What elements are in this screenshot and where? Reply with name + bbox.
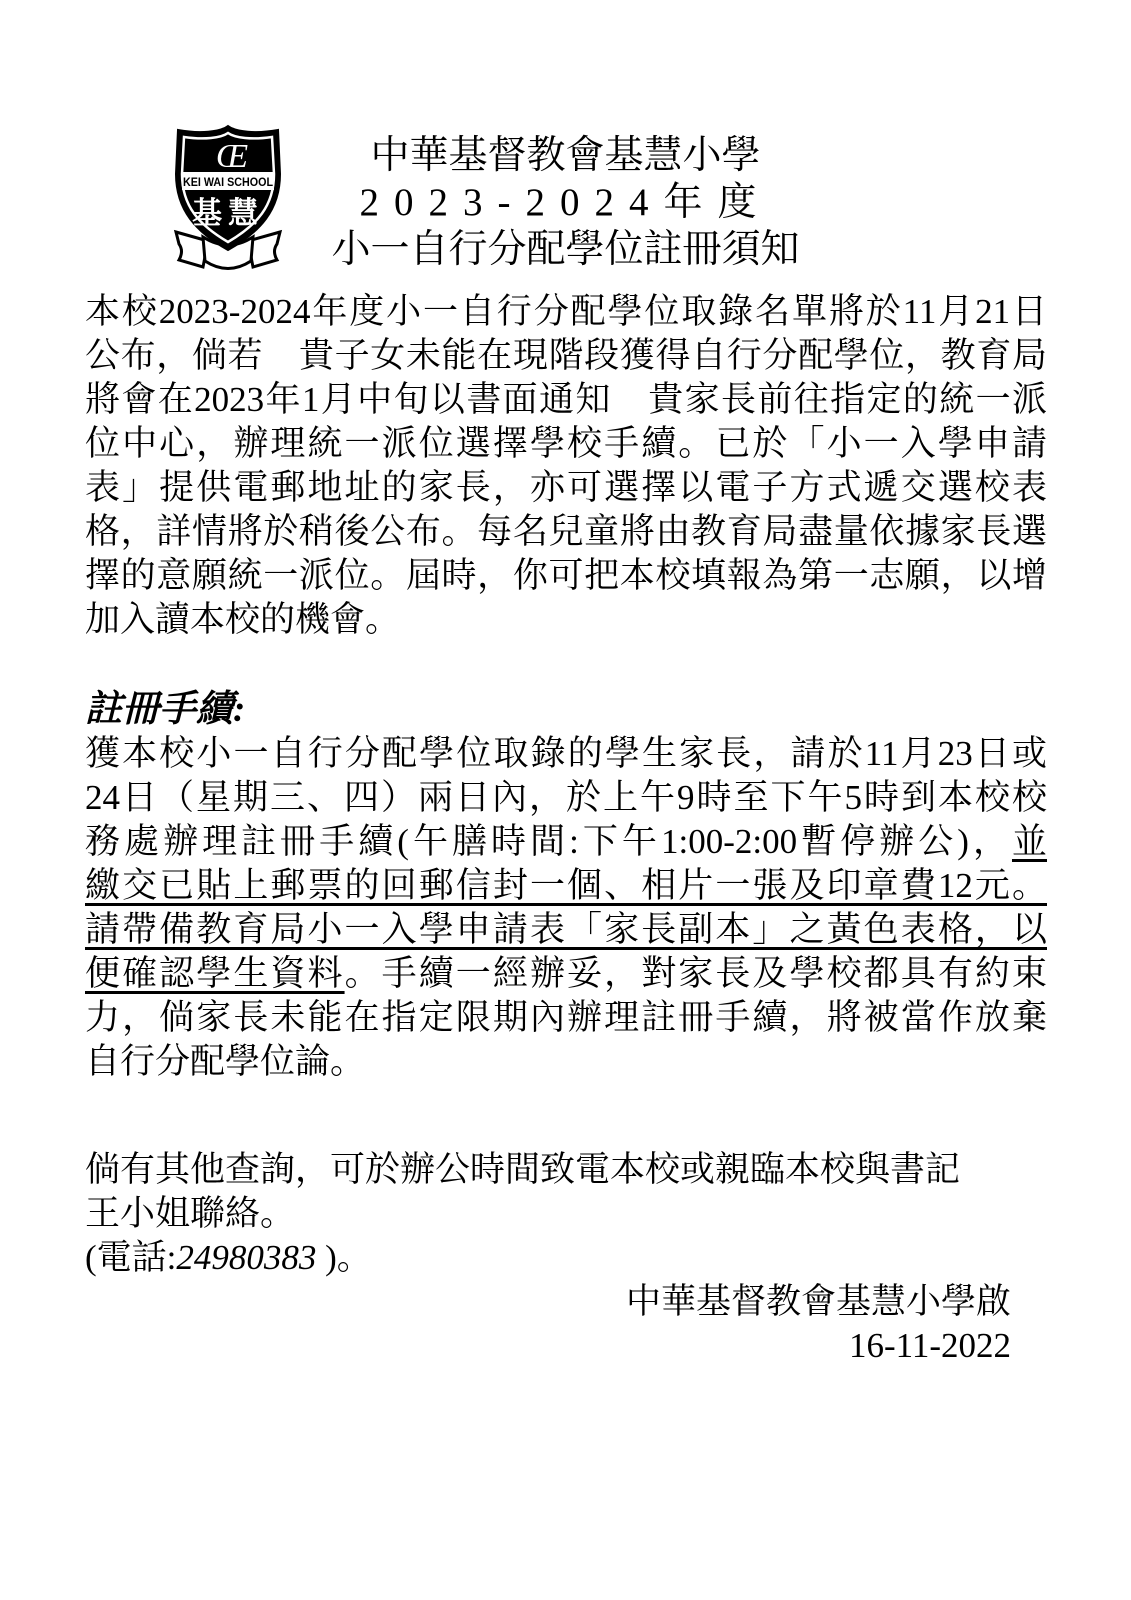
text-line: 位中心，辦理統一派位選擇學校手續。已於「小一入學申請: [85, 422, 1047, 466]
text-segment: 24日（星期三、四）兩日內，於上午9時至下午5時到本校校: [85, 778, 1047, 817]
text-segment: 力，倘家長未能在指定限期內辦理註冊手續，將被當作放棄: [85, 998, 1047, 1037]
text-segment: (電話:: [85, 1238, 176, 1277]
text-segment: 擇的意願統一派位。屆時，你可把本校填報為第一志願，以增: [85, 556, 1047, 595]
document-header: 中華基督教會基慧小學 2023-2024年度 小一自行分配學位註冊須知: [0, 132, 1131, 273]
underlined-text: 並: [1012, 822, 1047, 861]
text-segment: 位中心，辦理統一派位選擇學校手續。已於「小一入學申請: [85, 424, 1047, 463]
text-line: 務處辦理註冊手續(午膳時間:下午1:00-2:00暫停辦公)，並: [85, 820, 1047, 864]
text-line: 加入讀本校的機會。: [85, 598, 1047, 642]
registration-paragraph: 獲本校小一自行分配學位取錄的學生家長，請於11月23日或24日（星期三、四）兩日…: [85, 732, 1047, 1084]
text-line: (電話:24980383 )。: [85, 1236, 1047, 1280]
italic-text: 24980383: [176, 1238, 316, 1277]
text-line: 格，詳情將於稍後公布。每名兒童將由教育局盡量依據家長選: [85, 510, 1047, 554]
text-line: 自行分配學位論。: [85, 1040, 1047, 1084]
text-line: 表」提供電郵地址的家長，亦可選擇以電子方式遞交選校表: [85, 466, 1047, 510]
text-segment: 王小姐聯絡。: [85, 1194, 295, 1233]
text-segment: 務處辦理註冊手續(午膳時間:下午1:00-2:00暫停辦公)，: [85, 822, 1012, 861]
underlined-text: 繳交已貼上郵票的回郵信封一個、相片一張及印章費12元。: [85, 866, 1047, 905]
intro-paragraph: 本校2023-2024年度小一自行分配學位取錄名單將於11月21日公布，倘若 貴…: [85, 290, 1047, 642]
notice-page: Œ KEI WAI SCHOOL 基慧 中華基督教會基慧小學 2023-2024…: [0, 0, 1131, 1600]
enquiry-paragraph: 倘有其他查詢，可於辦公時間致電本校或親臨本校與書記王小姐聯絡。(電話:24980…: [85, 1148, 1047, 1280]
underlined-text: 便確認學生資料: [85, 954, 345, 993]
text-line: 便確認學生資料。手續一經辦妥，對家長及學校都具有約束: [85, 952, 1047, 996]
text-line: 公布，倘若 貴子女未能在現階段獲得自行分配學位，教育局: [85, 334, 1047, 378]
text-segment: )。: [316, 1238, 371, 1277]
text-segment: 加入讀本校的機會。: [85, 600, 400, 639]
text-segment: 本校2023-2024年度小一自行分配學位取錄名單將於11月21日: [85, 292, 1047, 331]
signoff-date: 16-11-2022: [85, 1324, 1047, 1368]
text-line: 24日（星期三、四）兩日內，於上午9時至下午5時到本校校: [85, 776, 1047, 820]
text-line: 獲本校小一自行分配學位取錄的學生家長，請於11月23日或: [85, 732, 1047, 776]
text-segment: 獲本校小一自行分配學位取錄的學生家長，請於11月23日或: [85, 734, 1047, 773]
notice-body: 本校2023-2024年度小一自行分配學位取錄名單將於11月21日公布，倘若 貴…: [85, 290, 1047, 1368]
text-segment: 公布，倘若 貴子女未能在現階段獲得自行分配學位，教育局: [85, 336, 1047, 375]
text-line: 王小姐聯絡。: [85, 1192, 1047, 1236]
registration-heading: 註冊手續:: [85, 688, 1047, 732]
notice-subject-title: 小一自行分配學位註冊須知: [0, 226, 1131, 273]
school-name-title: 中華基督教會基慧小學: [0, 132, 1131, 179]
text-segment: 倘有其他查詢，可於辦公時間致電本校或親臨本校與書記: [85, 1150, 960, 1189]
text-line: 力，倘家長未能在指定限期內辦理註冊手續，將被當作放棄: [85, 996, 1047, 1040]
text-segment: 表」提供電郵地址的家長，亦可選擇以電子方式遞交選校表: [85, 468, 1047, 507]
school-year-title: 2023-2024年度: [0, 179, 1131, 226]
text-segment: 將會在2023年1月中旬以書面通知 貴家長前往指定的統一派: [85, 380, 1047, 419]
underlined-text: 請帶備教育局小一入學申請表「家長副本」之黃色表格，以: [85, 910, 1047, 949]
text-segment: 。手續一經辦妥，對家長及學校都具有約束: [345, 954, 1047, 993]
text-line: 繳交已貼上郵票的回郵信封一個、相片一張及印章費12元。: [85, 864, 1047, 908]
text-segment: 自行分配學位論。: [85, 1042, 365, 1081]
text-line: 請帶備教育局小一入學申請表「家長副本」之黃色表格，以: [85, 908, 1047, 952]
signoff-school: 中華基督教會基慧小學啟: [85, 1280, 1047, 1324]
text-line: 擇的意願統一派位。屆時，你可把本校填報為第一志願，以增: [85, 554, 1047, 598]
text-segment: 格，詳情將於稍後公布。每名兒童將由教育局盡量依據家長選: [85, 512, 1047, 551]
text-line: 將會在2023年1月中旬以書面通知 貴家長前往指定的統一派: [85, 378, 1047, 422]
text-line: 倘有其他查詢，可於辦公時間致電本校或親臨本校與書記: [85, 1148, 1047, 1192]
text-line: 本校2023-2024年度小一自行分配學位取錄名單將於11月21日: [85, 290, 1047, 334]
